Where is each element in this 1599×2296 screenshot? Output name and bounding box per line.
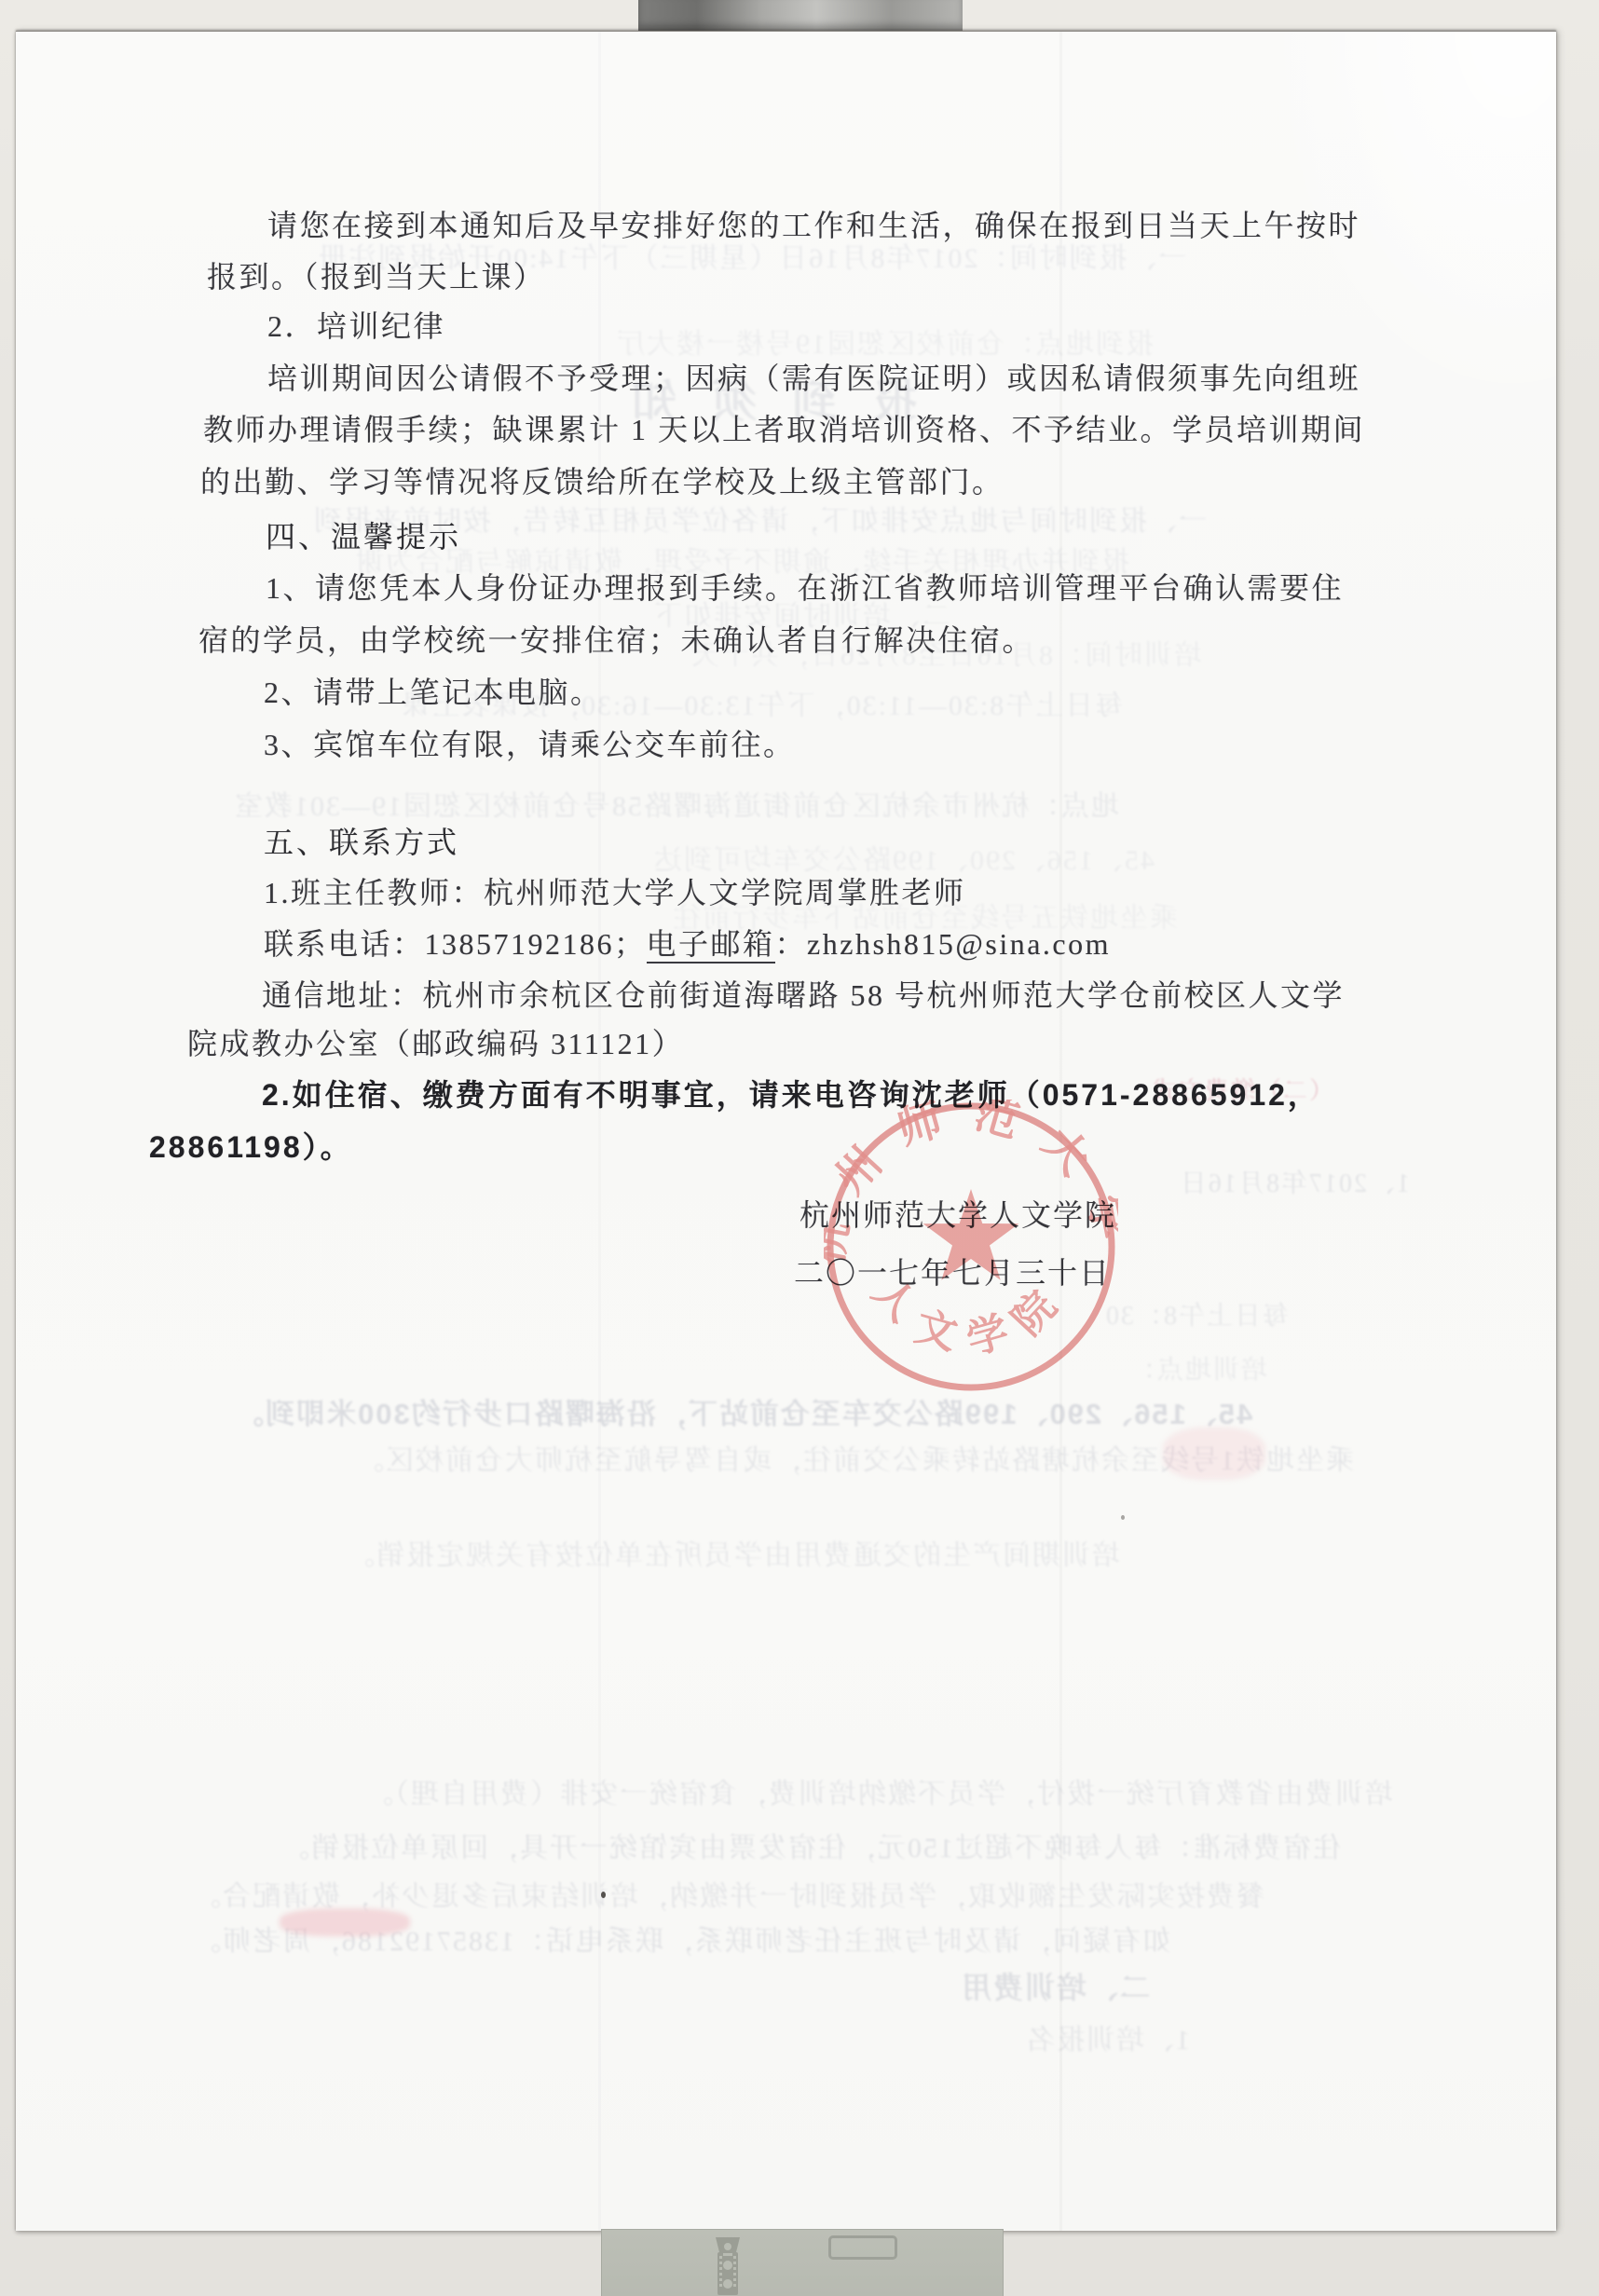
bleed-line: 二、培训费用	[960, 1964, 1150, 2007]
doc-line: 教师办理请假手续；缺课累计 1 天以上者取消培训资格、不予结业。学员培训期间	[203, 411, 1365, 448]
doc-line: 院成教办公室（邮政编码 311121）	[187, 1025, 684, 1062]
official-seal: 杭州师范大学 人文学院	[824, 1100, 1118, 1394]
bleed-line: 每日上午8：30	[1104, 1295, 1289, 1332]
red-ink-bleed-smudge	[1163, 1428, 1265, 1480]
seal-star-icon	[923, 1189, 1019, 1280]
dust-speck	[601, 1892, 606, 1898]
bleed-line: 1、2017年8月16日	[1179, 1163, 1410, 1200]
dust-speck	[1121, 1515, 1125, 1520]
red-ink-bleed-smudge	[280, 1908, 410, 1936]
doc-line: 1、请您凭本人身份证办理报到手续。在浙江省教师培训管理平台确认需要住	[266, 569, 1344, 607]
section-subheading: 2．培训纪律	[267, 307, 445, 345]
doc-line: 3、宾馆车位有限，请乘公交车前往。	[264, 726, 796, 763]
bleed-line: 培训地点：	[1127, 1349, 1267, 1387]
email-label-underlined: 电子邮箱	[647, 927, 775, 963]
contact-line: 联系电话：13857192186；电子邮箱：zhzhsh815@sina.com	[264, 925, 1111, 963]
email-address: ：zhzhsh815@sina.com	[775, 927, 1111, 961]
doc-line: 报到。（报到当天上课）	[207, 258, 546, 295]
doc-line: 请您在接到本通知后及早安排好您的工作和生活，确保在报到日当天上午按时	[267, 207, 1360, 244]
seal-arc-bottom-text: 人文学院	[864, 1269, 1078, 1363]
bleed-line: 培训期间产生的交通费用由学员所在单位按有关规定报销。	[345, 1532, 1120, 1573]
bleed-line: 45、156、290、199路公交车至仓前站下，沿海曙路口步行约300米即到。	[233, 1390, 1252, 1432]
bleed-line: 报到地点：仓前校区恕园19号楼一楼大厅	[615, 321, 1154, 362]
doc-line: 通信地址：杭州市余杭区仓前街道海曙路 58 号杭州师范大学仓前校区人文学	[262, 977, 1345, 1014]
scanner-lid-tab	[638, 0, 963, 31]
doc-line: 宿的学员，由学校统一安排住宿；未确认者自行解决住宿。	[198, 622, 1034, 659]
doc-line-bold: 28861198）。	[149, 1128, 353, 1166]
svg-text:人文学院: 人文学院	[864, 1269, 1078, 1363]
doc-line-bold: 2.如住宿、缴费方面有不明事宜，请来电咨询沈老师（0571-28865912，	[262, 1076, 1320, 1114]
bleed-line: 1、培训报名	[1025, 2016, 1190, 2057]
phone-text: 联系电话：13857192186；	[264, 927, 647, 961]
scanner-canvas: 一、报到时间：2017年8月16日（星期三）下午14:00开始报到注册 报到地点…	[0, 0, 1599, 2296]
doc-line: 培训期间因公请假不予受理；因病（需有医院证明）或因私请假须事先向组班	[267, 360, 1360, 397]
bleed-line: 45、156、290、199路公交车均可到达	[652, 837, 1155, 878]
doc-line: 的出勤、学习等情况将反馈给所在学校及上级主管部门。	[200, 463, 1004, 500]
section-heading: 四、温馨提示	[266, 518, 461, 555]
bleed-line: 住宿费标准：每人每晚不超过150元，住宿发票由宾馆统一开具，回原单位报销。	[280, 1824, 1341, 1865]
card-slot-outline-icon	[828, 2235, 897, 2260]
film-strip-icon	[703, 2237, 783, 2295]
bleed-line: 培训费由省教育厅统一拨付，学员不缴纳培训费，食宿统一安排（费用自理）。	[363, 1770, 1393, 1811]
scanner-bed-block	[601, 2229, 1004, 2296]
doc-line: 2、请带上笔记本电脑。	[264, 674, 603, 711]
doc-line: 1.班主任教师：杭州师范大学人文学院周掌胜老师	[264, 874, 966, 911]
section-heading: 五、联系方式	[264, 824, 459, 861]
bleed-line: 地点：杭州市余杭区仓前街道海曙路58号仓前校区恕园19—301教室	[233, 783, 1119, 824]
